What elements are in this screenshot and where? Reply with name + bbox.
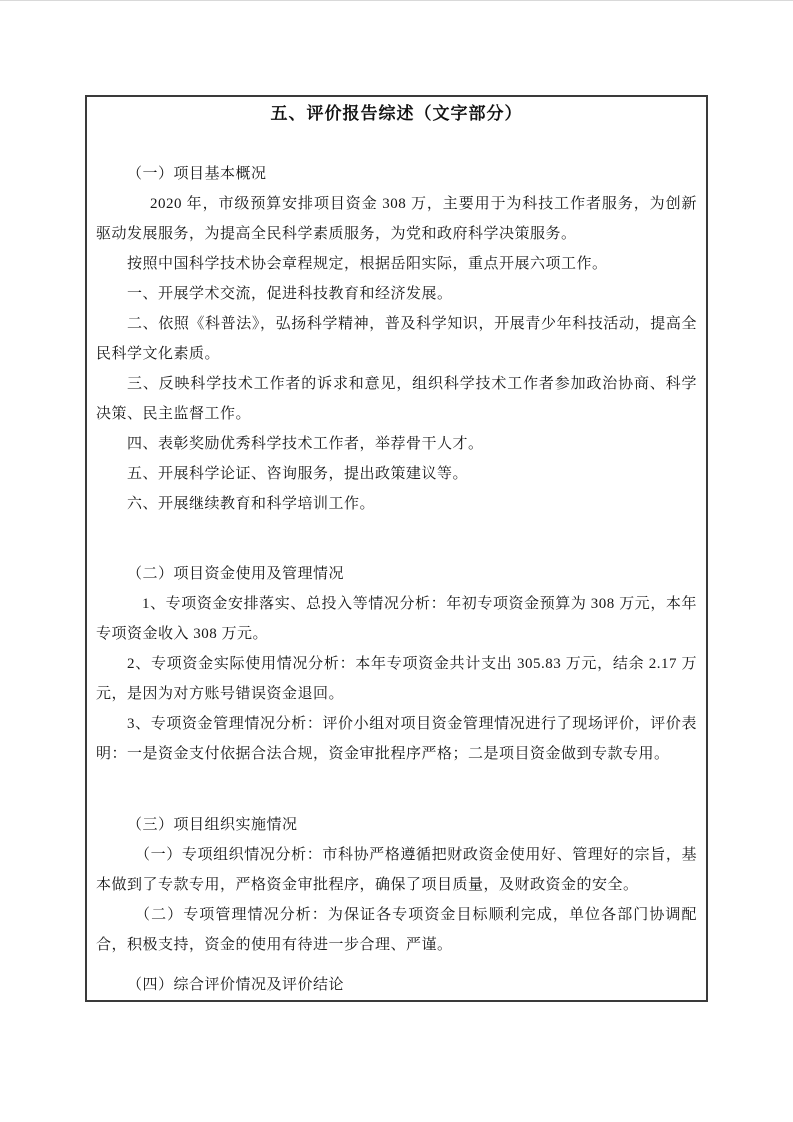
para-budget-intro: 2020 年，市级预算安排项目资金 308 万，主要用于为科技工作者服务，为创新…	[96, 189, 697, 249]
task-item-1: 一、开展学术交流，促进科技教育和经济发展。	[96, 279, 697, 309]
heading-basic-overview: （一）项目基本概况	[96, 159, 697, 189]
page-top-edge	[0, 0, 793, 1]
heading-organization: （三）项目组织实施情况	[96, 810, 697, 840]
task-item-4: 四、表彰奖励优秀科学技术工作者，举荐骨干人才。	[96, 429, 697, 459]
report-body: （一）项目基本概况 2020 年，市级预算安排项目资金 308 万，主要用于为科…	[96, 159, 697, 1000]
task-item-5: 五、开展科学论证、咨询服务，提出政策建议等。	[96, 459, 697, 489]
report-title: 五、评价报告综述（文字部分）	[96, 101, 697, 127]
task-item-2: 二、依照《科普法》，弘扬科学精神，普及科学知识，开展青少年科技活动，提高全民科学…	[96, 309, 697, 369]
task-item-6: 六、开展继续教育和科学培训工作。	[96, 489, 697, 519]
para-fund-management: 3、专项资金管理情况分析：评价小组对项目资金管理情况进行了现场评价，评价表明：一…	[96, 709, 697, 769]
para-org-analysis: （一）专项组织情况分析：市科协严格遵循把财政资金使用好、管理好的宗旨，基本做到了…	[96, 840, 697, 900]
para-fund-usage: 2、专项资金实际使用情况分析：本年专项资金共计支出 305.83 万元，结余 2…	[96, 649, 697, 709]
para-mgmt-analysis: （二）专项管理情况分析：为保证各专项资金目标顺利完成，单位各部门协调配合，积极支…	[96, 900, 697, 960]
para-charter: 按照中国科学技术协会章程规定，根据岳阳实际，重点开展六项工作。	[96, 249, 697, 279]
heading-conclusion: （四）综合评价情况及评价结论	[96, 970, 697, 1000]
document-page: 五、评价报告综述（文字部分） （一）项目基本概况 2020 年，市级预算安排项目…	[0, 0, 793, 1122]
report-frame: 五、评价报告综述（文字部分） （一）项目基本概况 2020 年，市级预算安排项目…	[85, 95, 708, 1002]
para-fund-arrangement: 1、专项资金安排落实、总投入等情况分析：年初专项资金预算为 308 万元，本年专…	[96, 589, 697, 649]
task-item-3: 三、反映科学技术工作者的诉求和意见，组织科学技术工作者参加政治协商、科学决策、民…	[96, 369, 697, 429]
heading-funds-management: （二）项目资金使用及管理情况	[96, 559, 697, 589]
